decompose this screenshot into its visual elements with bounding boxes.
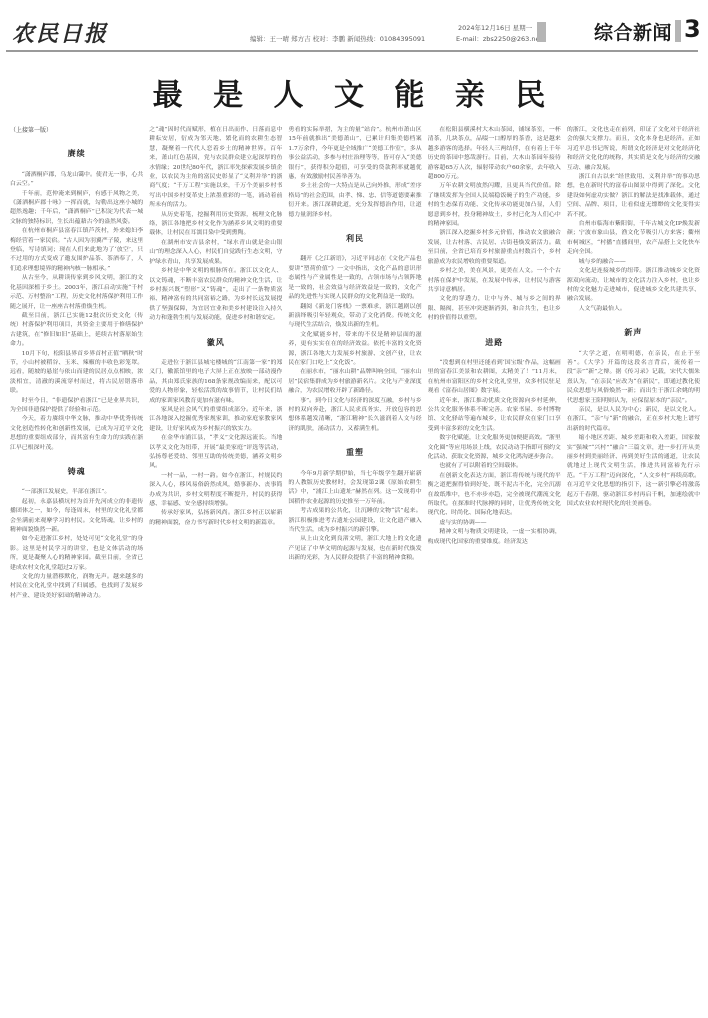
paragraph: 时至今日，“非遗保护看浙江”已是业界共识，为全国非遗保护提供了经验和示范。 — [10, 397, 143, 416]
article-body: （上接第一版）赓续“潇洒桐庐郡，乌龙山霭中。使君无一事，心共白云空。”千年前，范… — [10, 126, 700, 1011]
paragraph: 今天，着力赓续中华文脉，推动中华优秀传统文化创造性转化和创新性发展，已成为习近平… — [10, 415, 143, 453]
paragraph: 在创新文化表达方面，浙江将传统与现代的平衡之道把握得恰到好处，既不泥古不化，完全… — [428, 472, 561, 519]
issue-date: 2024年12月16日 星期一 — [458, 23, 532, 32]
paragraph: 精神文明与物质文明建设，一虚一实相协调，构成现代化国家的重要维度。经济发达 — [428, 528, 561, 547]
paragraph: 台州市临海市紫阳街，千年古城文化IP焕发新颜；宁波市象山县，渔文化节吸引八方来客… — [567, 220, 700, 258]
paragraph: 亲民，是以人民为中心；新民，是以文化人。在浙江，“亲”与“新”的融合，正在乡村大… — [567, 406, 700, 434]
paragraph: 也就有了可以附着的空间载体。 — [428, 462, 561, 471]
paragraph: 如今走进浙江乡村，处处可见“文化礼堂”的身影。这里是村民学习的讲堂，也是文体活动… — [10, 535, 143, 573]
paragraph: 一村一品，一村一韵。如今在浙江，村规民约深入人心，移风易俗蔚然成风，婚事新办、丧… — [149, 472, 282, 510]
contact-email: E-mail：zbs2250@263.net — [456, 34, 542, 43]
page-number-bar — [675, 20, 681, 42]
text-column-5: 的浙江，文化也走在前列，印证了文化对于经济社会的强大支撑力。而且，文化本身也是经… — [567, 126, 700, 1011]
section-heading: 利民 — [288, 234, 421, 243]
paragraph: 数字化赋能，让文化服务更加便捷高效。“浙里文化圈”等应用场景上线，农民动动手指即… — [428, 434, 561, 462]
paragraph: 在金华市浦江县，“孝义”文化源远流长。当地以孝义文化为纽带，开展“最美家庭”评选… — [149, 434, 282, 472]
paragraph: 翻开《之江新语》，习近平同志在《文化产品也要讲“塑荷价值”》一文中指出，文化产品… — [288, 255, 421, 302]
paragraph: 勇看的实际举措，为主的量“站台”。杭州市萧山区15年前就推出“美德萧山”，已累计… — [288, 126, 421, 182]
paragraph: 乡村是中华文明的根脉所在。浙江以文化人、以文铸魂，不断丰富农民群众的精神文化生活… — [149, 267, 282, 323]
paragraph: 传承好家风，弘扬新风尚。浙江乡村正以崭新的精神面貌，奋力书写新时代乡村文明的新篇… — [149, 509, 282, 528]
header-rule — [6, 50, 698, 52]
paragraph: 乡土社会的一大特点是从己向外推，形成“差序格局”的社会范围，由孝、悌、忠、信等道… — [288, 182, 421, 220]
paragraph: 之“魂”因时代而赋形，植在日出而作、日落而息中耕耘安居，衍成为邻天地、繁化而的农… — [149, 126, 282, 211]
text-column-3: 勇看的实际举措，为主的量“站台”。杭州市萧山区15年前就推出“美德萧山”，已累计… — [288, 126, 421, 1011]
paragraph: “潇洒桐庐郡，乌龙山霭中。使君无一事，心共白云空。” — [10, 171, 143, 190]
page-number: 3 — [684, 15, 701, 43]
section-name: 综合新闻 — [594, 18, 672, 45]
paragraph: 起初，永嘉县横坑村为首开先河成立的非遗传播团体之一，如今，每逢周末，村里的文化礼… — [10, 498, 143, 536]
section-heading: 重塑 — [288, 448, 421, 457]
article-headline: 最 是 人 文 能 亲 民 — [0, 70, 708, 114]
text-column-4: 在松阳县横溪村大木山茶园，铺绿茶室，一杯清茶，几块茶点，品啜一口醇厚的茶香，这是… — [428, 126, 561, 1011]
paragraph: 考古成果的公共化，让沉睡的文物“活”起来。浙江积极推进考古遗址公园建设，让文化遗… — [288, 507, 421, 535]
paragraph: 浙江自古以来“经世致用、义利并举”的事功思想，也在新时代的富春山图景中得到了深化… — [567, 173, 700, 220]
masthead: 农民日报 编辑：王一晴 郑方吉 校对：李鹏 新闻热线：01084395091 2… — [0, 0, 708, 52]
paragraph: 在丽水市，“丽水山耕”品牌叫响全国，“丽水山居”民宿集群成为乡村旅游新名片。文化… — [288, 368, 421, 396]
paragraph: 人文气韵最怡人。 — [567, 305, 700, 314]
paragraph: 万年农耕文明放然闪耀，且更具当代价值。除了继续发挥为全国人民端稳饭碗子的生产功能… — [428, 182, 561, 229]
section-heading: 徽风 — [149, 338, 282, 347]
paragraph: 文化的力量潜移默化，润物无声。越来越多的村民在文化礼堂中找到了归属感，也找到了发… — [10, 573, 143, 601]
paragraph: 事”。到今日文化与经济的深度互融，乡村与乡村的双向奔赴，浙江人民求真务实、开放包… — [288, 397, 421, 435]
paragraph: 文化的穿透力，让中与外、城与乡之间的界限、隔阂，甚至冲突逐渐消弭，和合共生，也让… — [428, 295, 561, 323]
newspaper-logo: 农民日报 — [12, 17, 108, 48]
paragraph: “大学之道，在明明德，在亲民，在止于至善”。《大学》开篇的这段名言背后，流传着一… — [567, 350, 700, 406]
paragraph: 近年来，浙江推动优质文化资源向乡村延伸，公共文化服务体系不断完善。农家书屋、乡村… — [428, 397, 561, 435]
section-heading: 新声 — [567, 328, 700, 337]
header-divider-bar — [537, 22, 546, 42]
paragraph: 翻阅《新龙门客栈》一票难求，浙江越剧以创新演绎吸引年轻观众，带动了文化消费。传统… — [288, 303, 421, 331]
paragraph: 家风是社会风气的重要组成部分。近年来，浙江各地深入挖掘优秀家规家训，推动家庭家教… — [149, 406, 282, 434]
paragraph: 在湖州市安吉县余村，“绿水青山就是金山银山”的理念深入人心，村民们自觉践行生态文… — [149, 239, 282, 267]
continued-from-note: （上接第一版） — [10, 126, 143, 135]
section-heading: 进路 — [428, 338, 561, 347]
paragraph: 文化赋能乡村，带来的不仅是精神层面的滋养，更有实实在在的经济效益。依托丰富的文化… — [288, 331, 421, 369]
paragraph: 城与乡的融合—— — [567, 258, 700, 267]
paragraph: “没想到在村里还能看到‘国宝级’作品，这幅画里的富春江美景和农耕图，太精美了！”… — [428, 359, 561, 397]
paragraph: 从古至今，从耕读传家到乡风文明，浙江的文化基因深植于乡土。2003年，浙江启动实… — [10, 274, 143, 312]
section-heading: 铸魂 — [10, 467, 143, 476]
paragraph: 文化是连接城乡的纽带。浙江推动城乡文化资源双向流动，让城市的文化活力注入乡村，也… — [567, 267, 700, 305]
paragraph: “一部浙江发展史，半部在浙江”。 — [10, 488, 143, 497]
paragraph: 缩小地区差距、城乡差距和收入差距，国家做实“强城”“兴村”“融合”三篇文章，进一… — [567, 434, 700, 509]
paragraph: 今年9月新学期伊始，当七年级学生翻开崭新的人教版历史教材时，会发现第2课《原始农… — [288, 470, 421, 508]
paragraph: 虚与实的协调—— — [428, 519, 561, 528]
paragraph: 浙江深入挖掘乡村多元价值，推动农文旅融合发展，让古村落、古民居、古街巷焕发新活力… — [428, 229, 561, 267]
paragraph: 在杭州市桐庐县富春江镇芦茨村，外来媳妇李梅经营着一家民宿。“古人因为羽翼严子陵，… — [10, 227, 143, 274]
editor-line: 编辑：王一晴 郑方吉 校对：李鹏 新闻热线：01084395091 — [250, 34, 425, 43]
text-column-2: 之“魂”因时代而赋形，植在日出而作、日落而息中耕耘安居，衍成为邻天地、繁化而的农… — [149, 126, 282, 1011]
paragraph: 乡村之美，美在风景，更美在人文。一个个古村落在保护中发展，在发展中传承，让村民与… — [428, 267, 561, 295]
paragraph: 千年前，范仲淹来到桐庐，有感于风物之美，《潇洒桐庐郡十咏》一挥而就，勾勒出这座小… — [10, 190, 143, 228]
paragraph: 10月下旬，松阳县界首乡界首村正值“晒秋”时节，小山村被稻谷、玉米、辣椒的丰收色… — [10, 350, 143, 397]
text-column-1: （上接第一版）赓续“潇洒桐庐郡，乌龙山霭中。使君无一事，心共白云空。”千年前，范… — [10, 126, 143, 1011]
paragraph: 截至目前，浙江已实施12批次历史文化（传统）村落保护利用项目，其资金主要用于修缮… — [10, 312, 143, 350]
paragraph: 从上山文化到良渚文明，浙江大地上的文化遗产见证了中华文明的起源与发展，也在新时代… — [288, 535, 421, 563]
paragraph: 从历史着笔，挖掘利用历史资源，梳理文化脉络，浙江各地把乡村文化作为涵养乡风文明的… — [149, 211, 282, 239]
paragraph: 在松阳县横溪村大木山茶园，铺绿茶室，一杯清茶，几块茶点，品啜一口醇厚的茶香，这是… — [428, 126, 561, 182]
section-heading: 赓续 — [10, 149, 143, 158]
paragraph: 的浙江，文化也走在前列，印证了文化对于经济社会的强大支撑力。而且，文化本身也是经… — [567, 126, 700, 173]
paragraph: 走进位于浙江县城宅楼城的“江南第一家”的郑义门，徽派馆里的电子大屏上正在放映一部… — [149, 359, 282, 406]
